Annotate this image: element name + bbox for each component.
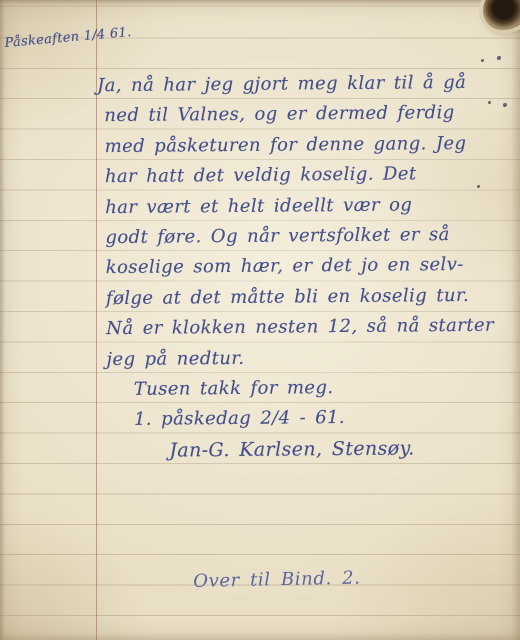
handwritten-line: med påsketuren for denne gang. Jeg (1, 128, 520, 163)
scanned-notebook-page: Påskeaften 1/4 61. Ja, nå har jeg gjort … (0, 0, 520, 640)
ink-speck (497, 56, 501, 60)
handwritten-line: har hatt det veldig koselig. Det (1, 159, 520, 194)
date-note: Påskeaften 1/4 61. (4, 25, 132, 51)
signature-line: Jan-G. Karlsen, Stensøy. (3, 432, 520, 467)
footer-note: Over til Bind. 2. (193, 567, 361, 591)
handwritten-line: koselige som hær, er det jo en selv- (2, 250, 520, 285)
handwritten-line: Nå er klokken nesten 12, så nå starter (2, 311, 520, 346)
handwritten-line: har vært et helt ideellt vær og (1, 189, 520, 224)
closing-line: Tusen takk for meg. (3, 371, 520, 406)
handwritten-line: godt føre. Og når vertsfolket er så (1, 219, 520, 254)
ink-speck (481, 59, 484, 62)
handwritten-line: jeg på nedtur. (2, 341, 520, 376)
binder-hole (483, 0, 520, 30)
handwritten-line: Ja, nå har jeg gjort meg klar til å gå (0, 67, 520, 102)
handwritten-line: følge at det måtte bli en koselig tur. (2, 280, 520, 315)
date-line: 1. påskedag 2/4 - 61. (3, 402, 520, 437)
handwritten-line: ned til Valnes, og er dermed ferdig (0, 98, 520, 133)
handwritten-text: Ja, nå har jeg gjort meg klar til å gå n… (0, 67, 520, 467)
